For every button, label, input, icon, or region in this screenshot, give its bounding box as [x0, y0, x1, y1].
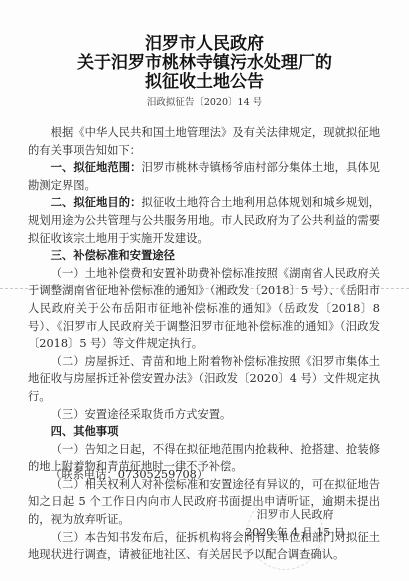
section-3-item-2: （二）房屋拆迁、青苗和地上附着物补偿标准按照《汨罗市集体土地征收与房屋拆迁补偿安… [28, 353, 380, 406]
section-3-item-3: （三）安置途径采取货币方式安置。 [28, 406, 380, 424]
section-2: 二、拟征地目的：拟征收土地符合土地利用总体规划和城乡规划，规划用途为公共管理与公… [28, 194, 380, 247]
section-3: 三、补偿标准和安置途径 [28, 247, 380, 265]
title-line-2: 关于汨罗市桃林寺镇污水处理厂的 [0, 54, 409, 73]
section-4-heading: 四、其他事项 [51, 425, 119, 438]
section-2-heading: 二、拟征地目的： [51, 196, 142, 209]
document-body: 根据《中华人民共和国土地管理法》及有关法律规定，现就拟征地的有关事项告知如下： … [28, 124, 380, 564]
contact-phone: （联系电话：07305259708） [50, 466, 208, 483]
section-3-item-1: （一）土地补偿费和安置补助费补偿标准按照《湖南省人民政府关于调整湖南省征地补偿标… [28, 265, 380, 353]
title-line-1: 汨罗市人民政府 [0, 35, 409, 54]
intro-paragraph: 根据《中华人民共和国土地管理法》及有关法律规定，现就拟征地的有关事项告知如下： [28, 124, 380, 159]
section-4: 四、其他事项 [28, 423, 380, 441]
section-1: 一、拟征地范围：汨罗市桃林寺镇杨爷庙村部分集体土地，具体见勘测定界图。 [28, 159, 380, 194]
issue-date: 2020 年 4 月 15 日 [240, 524, 350, 542]
section-1-heading: 一、拟征地范围： [51, 161, 142, 174]
document-number: 汨政拟征告〔2020〕14 号 [0, 96, 409, 110]
section-3-heading: 三、补偿标准和安置途径 [51, 249, 175, 262]
issuer-name: 汨罗市人民政府 [240, 506, 350, 524]
title-line-3: 拟征收土地公告 [0, 73, 409, 92]
document-page: 汨罗市人民政府 关于汨罗市桃林寺镇污水处理厂的 拟征收土地公告 汨政拟征告〔20… [0, 0, 409, 581]
signature-block: 汨罗市人民政府 2020 年 4 月 15 日 [240, 506, 350, 542]
